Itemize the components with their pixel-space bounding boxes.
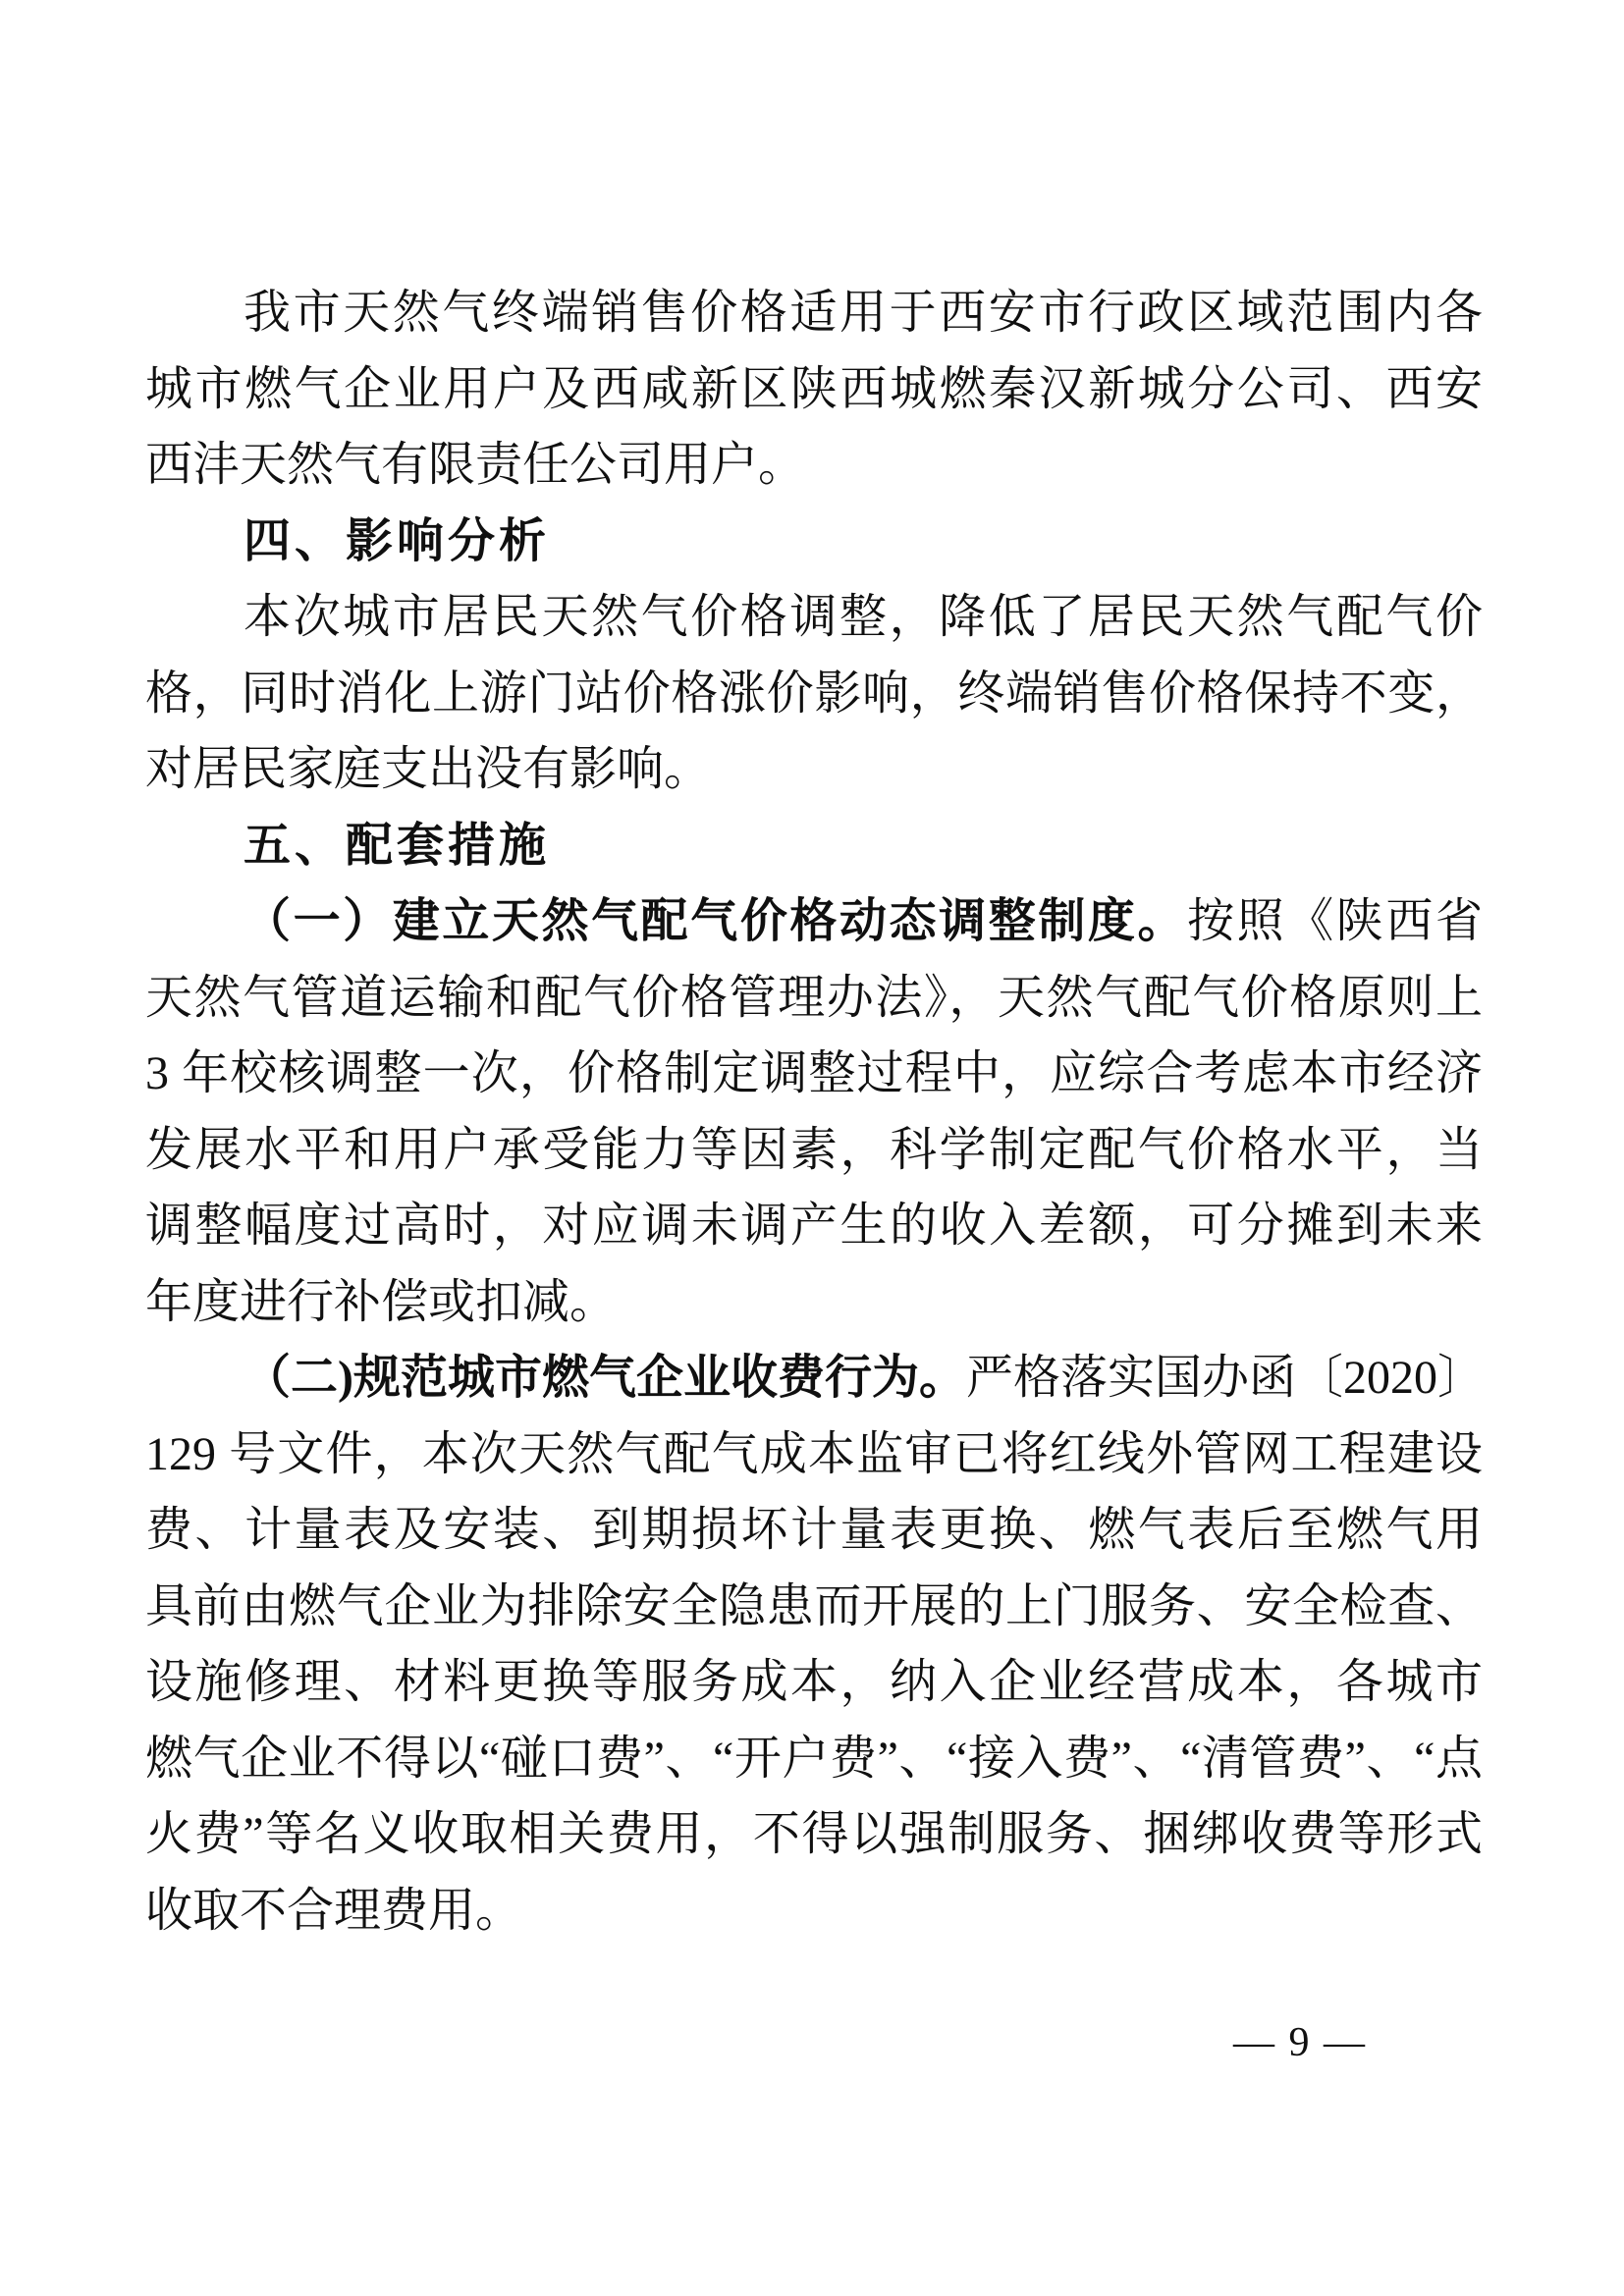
line-text: 按照《陕西省 — [1187, 895, 1483, 947]
paragraph-line: 具前由燃气企业为排除安全隐患而开展的上门服务、安全检查、 — [145, 1569, 1483, 1645]
section-heading-supporting-measures: 五、配套措施 — [145, 808, 1483, 884]
paragraph-line: 费、计量表及安装、到期损坏计量表更换、燃气表后至燃气用 — [145, 1492, 1483, 1569]
paragraph-line: 城市燃气企业用户及西咸新区陕西城燃秦汉新城分公司、西安 — [145, 351, 1483, 428]
subheading-sentence: （一）建立天然气配气价格动态调整制度。 — [244, 895, 1187, 947]
paragraph-line: 火费”等名义收取相关费用，不得以强制服务、捆绑收费等形式 — [145, 1796, 1483, 1873]
line-text: 严格落实国办函〔2020〕 — [966, 1352, 1485, 1404]
paragraph-line: 我市天然气终端销售价格适用于西安市行政区域范围内各 — [145, 275, 1483, 351]
section-heading-impact-analysis: 四、影响分析 — [145, 504, 1483, 580]
document-body: 我市天然气终端销售价格适用于西安市行政区域范围内各 城市燃气企业用户及西咸新区陕… — [145, 275, 1483, 1949]
paragraph-line: 天然气管道运输和配气价格管理办法》，天然气配气价格原则上 — [145, 960, 1483, 1037]
paragraph-line: 发展水平和用户承受能力等因素，科学制定配气价格水平，当 — [145, 1112, 1483, 1189]
page-number: — 9 — — [1233, 2018, 1367, 2067]
paragraph-line: （二)规范城市燃气企业收费行为。严格落实国办函〔2020〕 — [145, 1340, 1483, 1416]
subheading-sentence: （二)规范城市燃气企业收费行为。 — [244, 1352, 966, 1404]
document-page: { "document": { "lines": [ { "text": "我市… — [0, 0, 1624, 2296]
paragraph-line: 收取不合理费用。 — [145, 1873, 1483, 1949]
paragraph-line: 调整幅度过高时，对应调未调产生的收入差额，可分摊到未来 — [145, 1188, 1483, 1264]
paragraph-line: 129 号文件，本次天然气配气成本监审已将红线外管网工程建设 — [145, 1416, 1483, 1493]
paragraph-line: 3 年校核调整一次，价格制定调整过程中，应综合考虑本市经济 — [145, 1036, 1483, 1112]
paragraph-line: 本次城市居民天然气价格调整，降低了居民天然气配气价 — [145, 579, 1483, 656]
paragraph-line: 西沣天然气有限责任公司用户。 — [145, 427, 1483, 504]
paragraph-line: 格，同时消化上游门站价格涨价影响，终端销售价格保持不变， — [145, 656, 1483, 732]
paragraph-line: 年度进行补偿或扣减。 — [145, 1264, 1483, 1341]
paragraph-line: 燃气企业不得以“碰口费”、“开户费”、“接入费”、“清管费”、“点 — [145, 1721, 1483, 1797]
paragraph-line: 对居民家庭支出没有影响。 — [145, 731, 1483, 808]
paragraph-line: （一）建立天然气配气价格动态调整制度。按照《陕西省 — [145, 883, 1483, 960]
paragraph-line: 设施修理、材料更换等服务成本，纳入企业经营成本，各城市 — [145, 1644, 1483, 1721]
